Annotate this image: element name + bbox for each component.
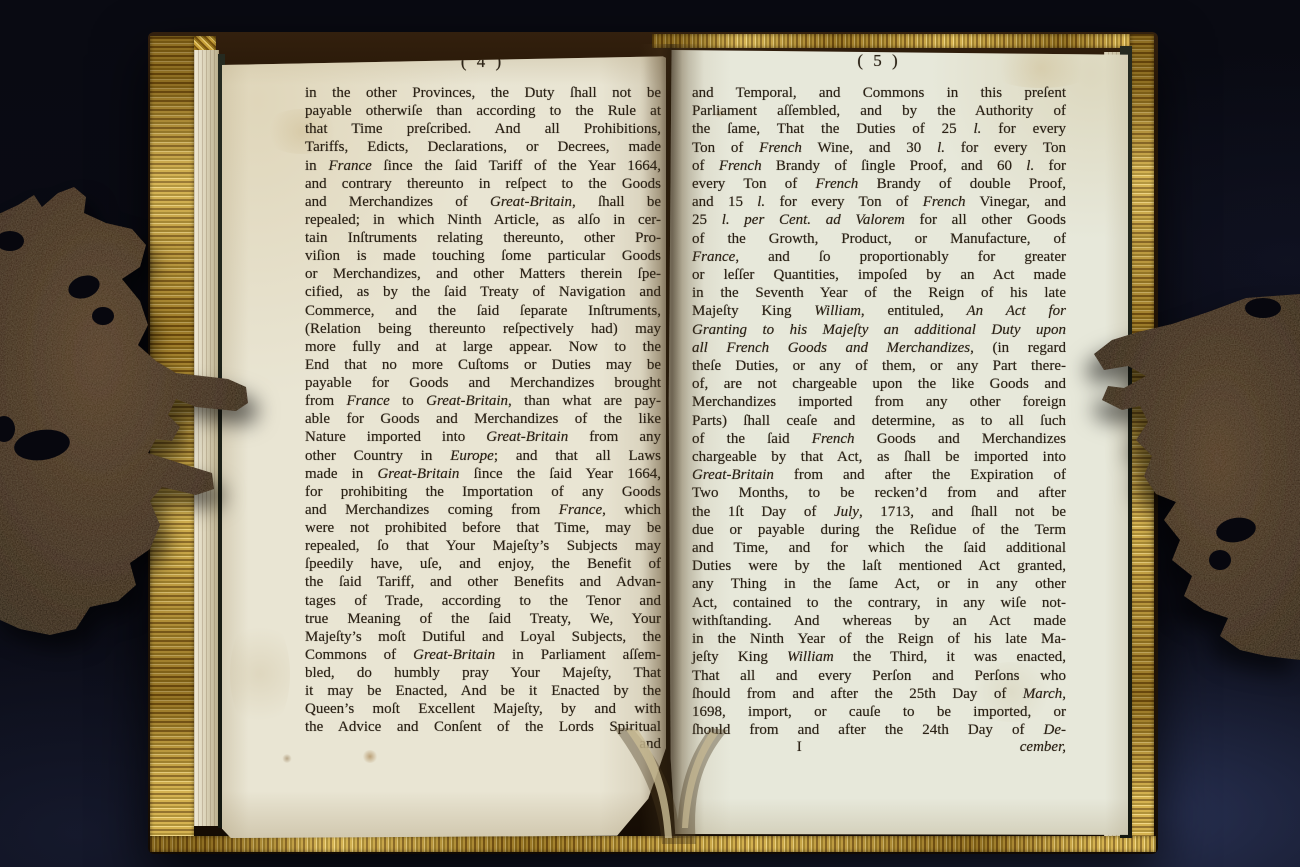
page-4: ( 4 ) in the other Provinces, the Duty ſ… (222, 54, 666, 838)
text-line: Great-Britain from and after the Expirat… (692, 466, 1066, 484)
text-line: Queen’s moſt Excellent Majeſty, by and w… (305, 700, 661, 718)
text-line: withſtanding. And whereas by an Act made (692, 612, 1066, 630)
text-line: any Thing in the ſame Act, or in any oth… (692, 575, 1066, 593)
foxing-stain (282, 754, 292, 763)
text-line: or leſſer Quantities, impoſed by an Act … (692, 266, 1066, 284)
gutter-bottom-page-curl (592, 728, 752, 846)
text-line: from France to Great-Britain, than what … (305, 392, 661, 410)
weight-hole (92, 307, 114, 325)
page-4-text: in the other Provinces, the Duty ſhall n… (305, 84, 661, 737)
page-5-text: and Temporal, and Commons in this preſen… (692, 84, 1066, 739)
gutter-shadow (640, 44, 704, 838)
bronze-weight-right (1088, 288, 1300, 668)
text-line: Majeſty King William, entituled, An Act … (692, 302, 1066, 320)
text-line: for prohibiting the Importation of any G… (305, 483, 661, 501)
text-line: the ſame, That the Duties of 25 l. for e… (692, 120, 1066, 138)
text-line: and Temporal, and Commons in this preſen… (692, 84, 1066, 102)
text-line: That all and every Perſon and Perſons wh… (692, 667, 1066, 685)
text-line: payable for Goods and Merchandizes broug… (305, 374, 661, 392)
text-line: every Ton of French Brandy of double Pro… (692, 175, 1066, 193)
text-line: Nature imported into Great-Britain from … (305, 428, 661, 446)
text-line: in the Ninth Year of the Reign of his la… (692, 630, 1066, 648)
page-5-number: ( 5 ) (692, 51, 1066, 71)
text-line: theſe Duties, or any of them, or any Par… (692, 357, 1066, 375)
text-line: Commerce, and the ſaid ſeparate Inſtrume… (305, 302, 661, 320)
text-line: other Country in Europe; and that all La… (305, 447, 661, 465)
text-line: payable otherwiſe than according to the … (305, 102, 661, 120)
text-line: ſhould from and after the 25th Day of Ma… (692, 685, 1066, 703)
weight-body (0, 187, 248, 635)
text-line: Majeſty’s moſt Dutiful and Loyal Subject… (305, 628, 661, 646)
text-line: tages of Trade, according to the Tenor a… (305, 592, 661, 610)
text-line: of the Growth, Product, or Manufacture, … (692, 230, 1066, 248)
text-line: End that no more Cuſtoms or Duties may b… (305, 356, 661, 374)
text-line: or Merchandizes, and other Matters there… (305, 265, 661, 283)
text-line: and contrary thereunto in reſpect to the… (305, 175, 661, 193)
text-line: in France ſince the ſaid Tariff of the Y… (305, 157, 661, 175)
text-line: more fully and at large appear. Now to t… (305, 338, 661, 356)
text-line: France, and ſo proportionably for greate… (692, 248, 1066, 266)
text-line: in the other Provinces, the Duty ſhall n… (305, 84, 661, 102)
text-line: of the ſaid French Goods and Merchandize… (692, 430, 1066, 448)
text-line: jeſty King William the Third, it was ena… (692, 648, 1066, 666)
text-line: 25 l. per Cent. ad Valorem for all other… (692, 211, 1066, 229)
gilt-border-top (652, 34, 1154, 48)
text-line: Duties were by the laſt mentioned Act gr… (692, 557, 1066, 575)
text-line: able for Goods and Merchandizes of the l… (305, 410, 661, 428)
weight-hole (1245, 298, 1281, 318)
text-line: were not prohibited before that Time, ma… (305, 519, 661, 537)
text-line: cified, as by the ſaid Treaty of Navigat… (305, 283, 661, 301)
text-line: the 1ſt Day of July, 1713, and ſhall not… (692, 503, 1066, 521)
text-line: of French Brandy of ſingle Proof, and 60… (692, 157, 1066, 175)
text-line: and 15 l. for every Ton of French Vinega… (692, 193, 1066, 211)
text-line: Tariffs, Edicts, Declarations, or Decree… (305, 138, 661, 156)
text-line: it may be Enacted, And be it Enacted by … (305, 682, 661, 700)
text-line: (Relation being thereunto reſpectively h… (305, 320, 661, 338)
bronze-weight-left (0, 183, 260, 683)
weight-body (1094, 294, 1300, 660)
photo-scene: ( 4 ) in the other Provinces, the Duty ſ… (0, 0, 1300, 867)
text-line: Commons of Great-Britain in Parliament a… (305, 646, 661, 664)
page-5: ( 5 ) and Temporal, and Commons in this … (666, 42, 1128, 838)
text-line: Merchandizes imported from any other for… (692, 393, 1066, 411)
text-line: true Meaning of the ſaid Treaty, We, You… (305, 610, 661, 628)
signature-mark: I (797, 739, 802, 756)
text-line: Two Months, to be recken’d from and afte… (692, 484, 1066, 502)
weight-hole (1209, 550, 1231, 570)
text-line: due or payable during the Reſidue of the… (692, 521, 1066, 539)
text-line: bled, do humbly pray Your Majeſty, That (305, 664, 661, 682)
text-line: Granting to his Majeſty an additional Du… (692, 321, 1066, 339)
text-line: and Merchandizes of Great-Britain, ſhall… (305, 193, 661, 211)
text-line: and Merchandizes coming from France, whi… (305, 501, 661, 519)
text-line: 1698, import, or cauſe to be imported, o… (692, 703, 1066, 721)
text-line: chargeable by that Act, as ſhall be impo… (692, 448, 1066, 466)
text-line: Act, contained to the contrary, in any w… (692, 594, 1066, 612)
text-line: in the Seventh Year of the Reign of his … (692, 284, 1066, 302)
text-line: viſion is made touching ſome particular … (305, 247, 661, 265)
text-line: of, are not chargeable upon the like Goo… (692, 375, 1066, 393)
text-line: Parts) ſhall ceaſe and determine, as to … (692, 412, 1066, 430)
text-line: Parliament aſſembled, and by the Authori… (692, 102, 1066, 120)
page-5-catchword: cember, (1020, 739, 1066, 756)
text-line: the ſaid Tariff, and other Benefits and … (305, 573, 661, 591)
text-line: repealed, ſo that Your Majeſty’s Subject… (305, 537, 661, 555)
text-line: all French Goods and Merchandizes, (in r… (692, 339, 1066, 357)
text-line: tain Inſtruments relating thereunto, oth… (305, 229, 661, 247)
text-line: Ton of French Wine, and 30 l. for every … (692, 139, 1066, 157)
text-line: and Time, and for which the ſaid additio… (692, 539, 1066, 557)
text-line: made in Great-Britain ſince the ſaid Yea… (305, 465, 661, 483)
text-line: repealed; in which Ninth Article, as alſ… (305, 211, 661, 229)
text-line: that Time preſcribed. And all Prohibitio… (305, 120, 661, 138)
text-line: ſpeedily have, uſe, and enjoy, the Benef… (305, 555, 661, 573)
